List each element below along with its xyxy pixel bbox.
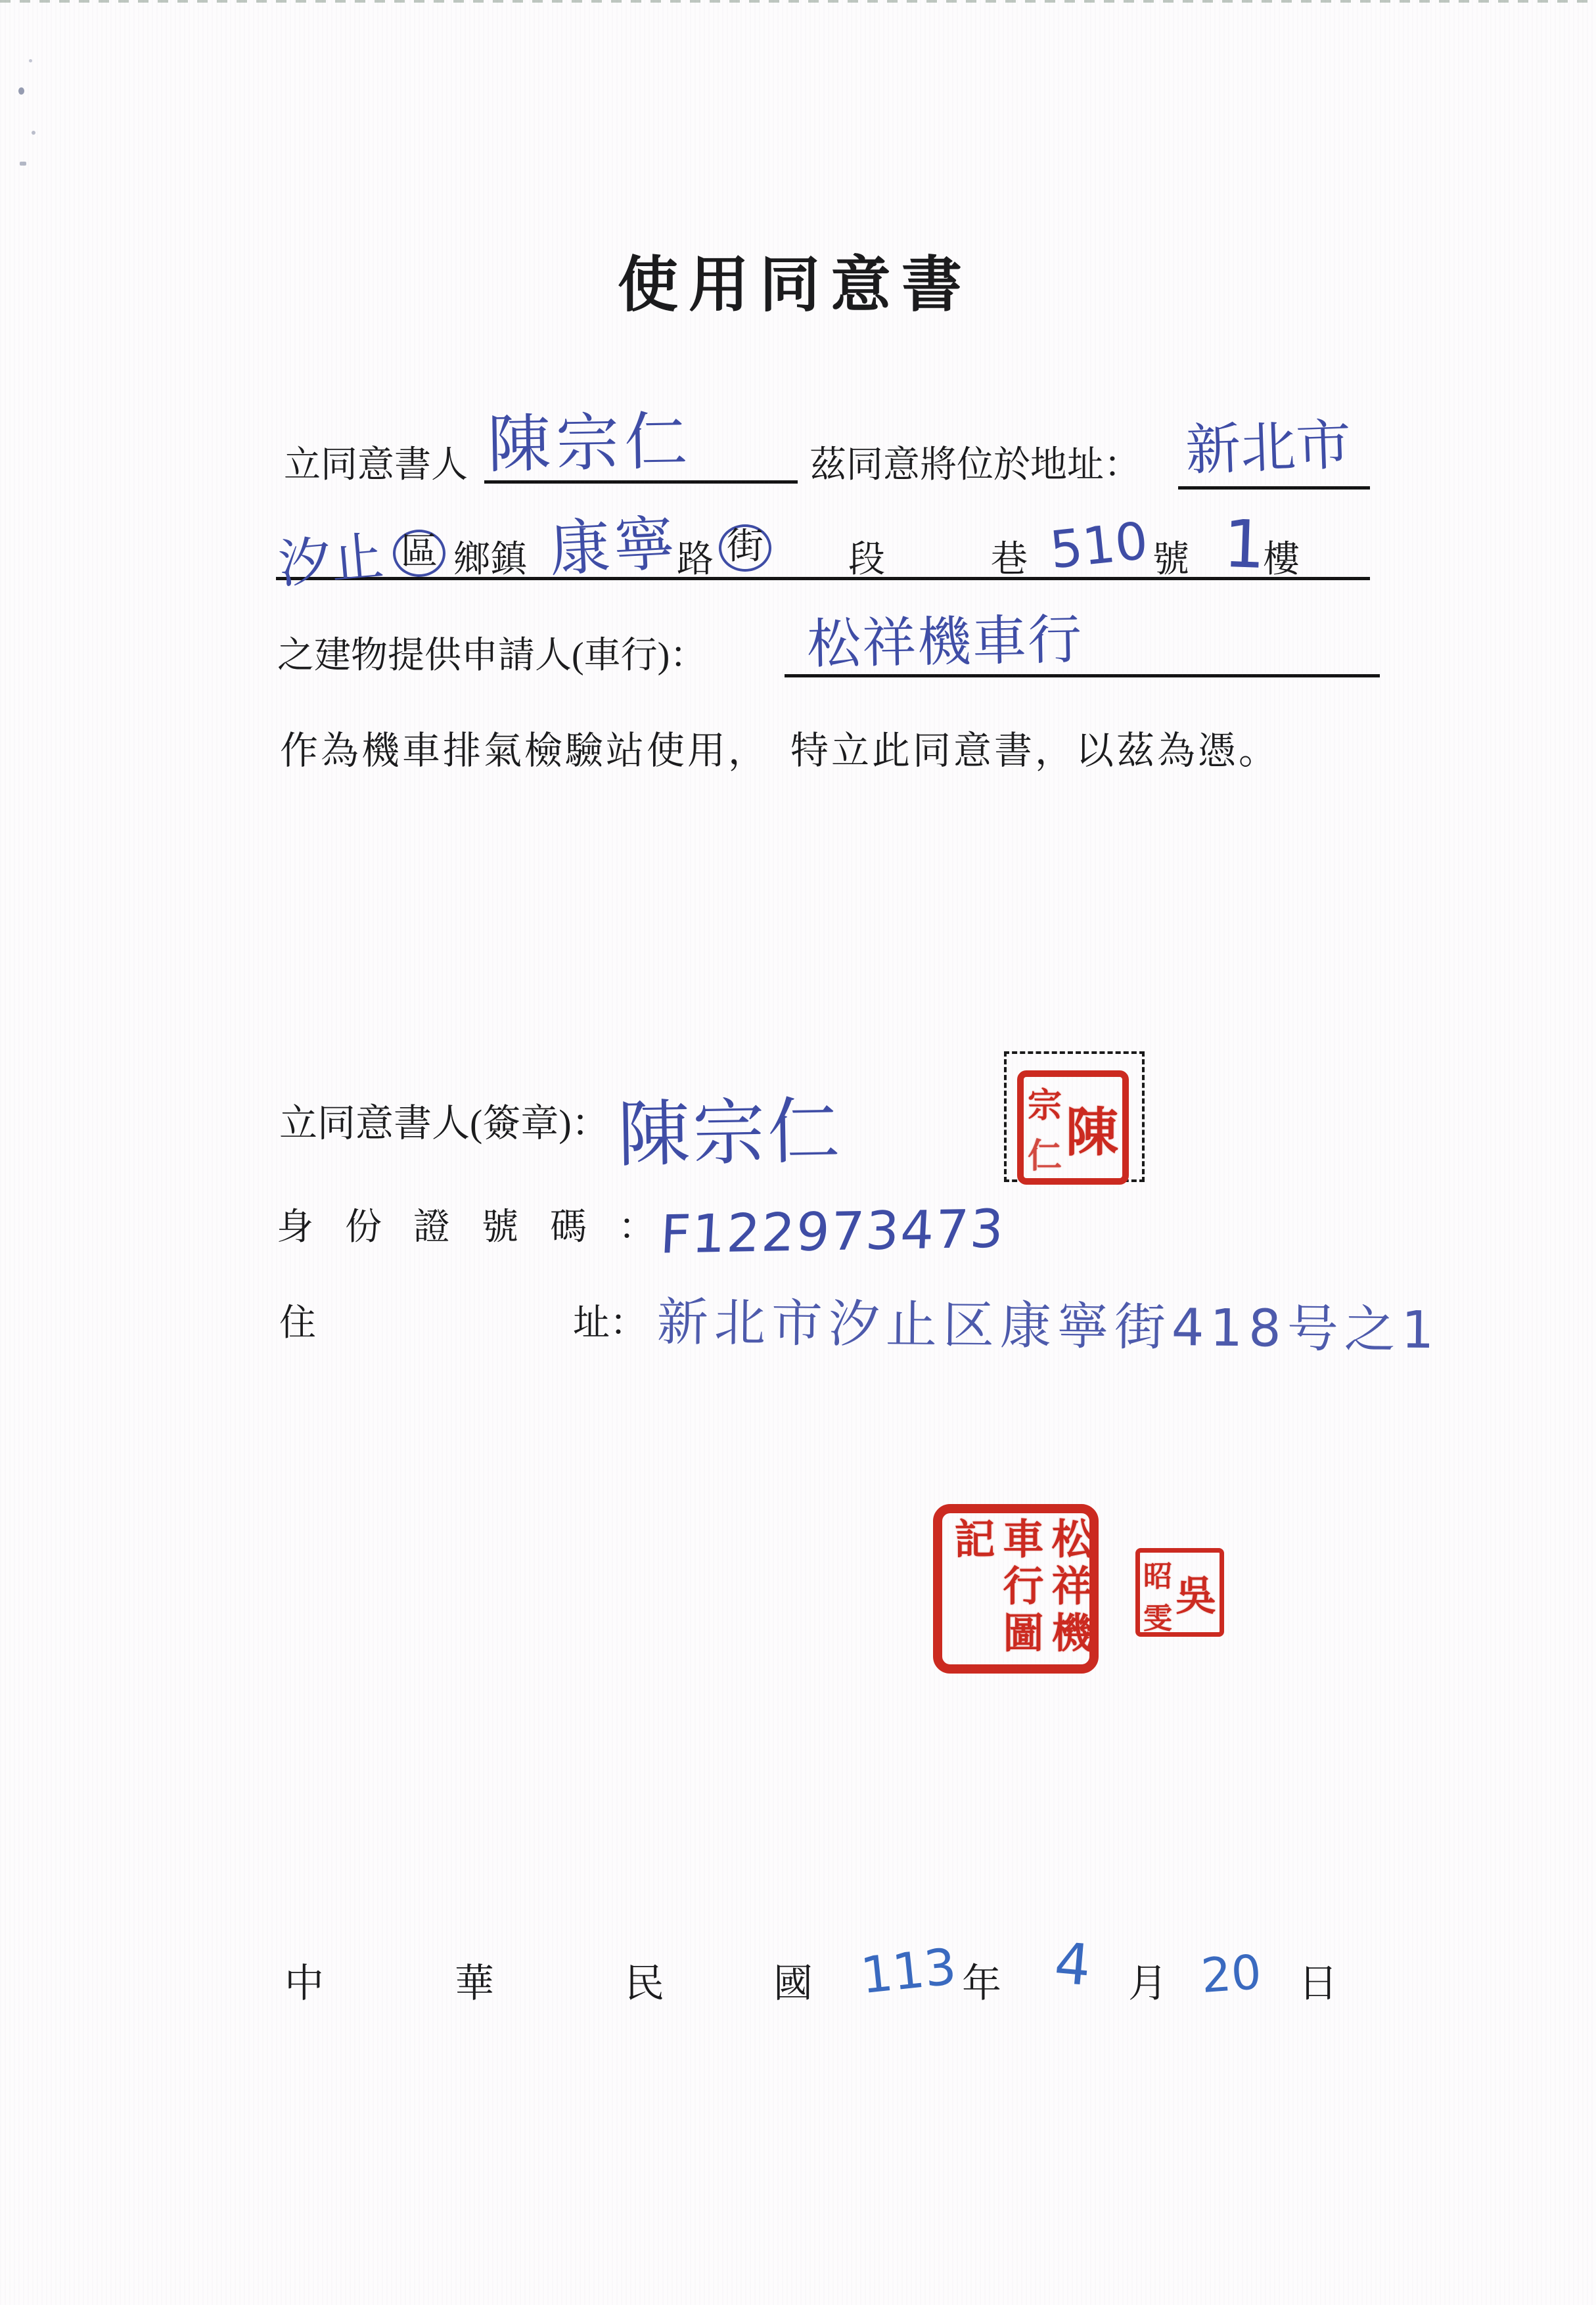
ink-speck: [20, 162, 26, 166]
month-unit: 月: [1128, 1961, 1168, 2007]
consent-text: 茲同意將位於地址：: [809, 444, 1141, 486]
shop-seal-text: 松祥機車行圖記: [942, 1512, 1096, 1666]
handwritten-signature: 陳宗仁: [617, 1073, 844, 1181]
name-seal-left-column: 宗 仁: [1028, 1077, 1062, 1178]
lane-unit: 巷: [991, 539, 1028, 581]
handwritten-city: 新北市: [1184, 401, 1352, 486]
applicant-label: 之建物提供申請人(車行)：: [277, 635, 706, 677]
date-char-hua: 華: [455, 1961, 494, 2007]
handwritten-house-number: 510: [1047, 511, 1151, 580]
handwritten-year: 113: [858, 1937, 959, 2005]
section-unit: 段: [848, 539, 885, 581]
day-unit: 日: [1298, 1961, 1338, 2007]
name-seal-right-column: 陳: [1066, 1077, 1118, 1178]
party-label: 立同意書人: [284, 444, 468, 486]
handwritten-road-name: 康寧: [547, 495, 681, 588]
residence-label-left: 住: [279, 1302, 316, 1344]
ink-speck: [29, 59, 32, 62]
handwritten-party-name: 陳宗仁: [487, 391, 693, 484]
district-unit: 區: [401, 532, 438, 572]
ruled-line: [276, 577, 1370, 580]
scan-edge-artifact: [0, 0, 1596, 3]
handwritten-month: 4: [1052, 1930, 1093, 1999]
circled-district-unit: 區: [393, 530, 445, 577]
scanned-consent-form: 使用同意書 立同意書人 陳宗仁 茲同意將位於地址： 新北市 汐止 區 鄉鎮 康寧…: [0, 0, 1596, 2305]
date-char-min: 民: [625, 1961, 664, 2007]
handwritten-shop-name: 松祥機車行: [806, 597, 1083, 678]
person-seal-right-column: 吳: [1175, 1553, 1216, 1632]
ink-speck: [18, 87, 24, 95]
district-units: 鄉鎮: [453, 539, 527, 581]
document-title: 使用同意書: [618, 237, 972, 323]
road-unit: 路: [677, 539, 714, 581]
person-seal-left-column: 昭 雯: [1143, 1553, 1172, 1632]
date-char-guo: 國: [773, 1961, 813, 2007]
id-label: 身份證號碼：: [277, 1206, 687, 1248]
floor-unit: 樓: [1263, 539, 1300, 581]
handwritten-floor-number: 1: [1222, 505, 1267, 583]
residence-label-right: 址：: [573, 1302, 647, 1344]
ruled-line: [1178, 486, 1370, 490]
handwritten-id-number: F122973473: [659, 1198, 1007, 1265]
street-unit: 街: [727, 526, 764, 567]
purpose-text: 作為機車排氣檢驗站使用， 特立此同意書，以茲為憑。: [280, 729, 1279, 773]
number-unit: 號: [1152, 539, 1189, 581]
signature-label: 立同意書人(簽章)：: [279, 1102, 610, 1146]
handwritten-day: 20: [1199, 1944, 1263, 2003]
person-seal-stamp: 吳 昭 雯: [1135, 1548, 1224, 1637]
handwritten-district: 汐止: [275, 513, 386, 598]
year-unit: 年: [962, 1961, 1001, 2007]
handwritten-residence: 新北市汐止区康寧街418号之1: [656, 1281, 1440, 1363]
date-char-zhong: 中: [285, 1961, 324, 2007]
circled-street-unit: 街: [719, 524, 771, 572]
name-seal-stamp: 陳 宗 仁: [1017, 1070, 1129, 1185]
ink-speck: [32, 131, 35, 135]
shop-seal-stamp: 松祥機車行圖記: [933, 1504, 1099, 1674]
